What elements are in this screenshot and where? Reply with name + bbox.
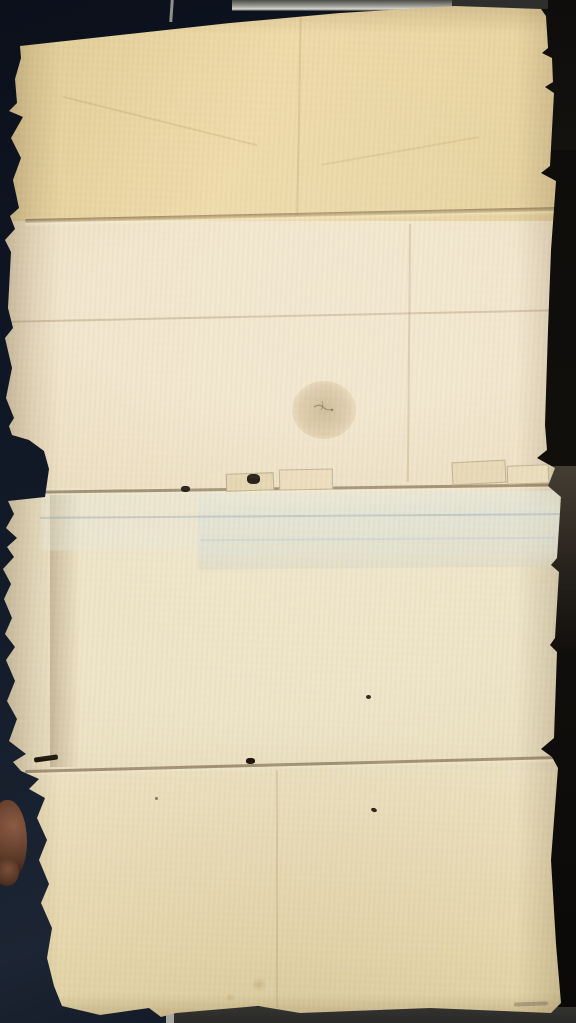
diagonal-wrinkle-1 — [63, 96, 258, 146]
vertical-crease-upper-middle — [407, 224, 411, 482]
brown-stain — [292, 381, 356, 439]
tear-gash — [34, 754, 58, 762]
vertical-crease-bottom-panel — [276, 770, 278, 1008]
background-grey-line — [169, 0, 174, 22]
paper-document — [0, 0, 576, 1023]
vertical-crease-top-panel — [296, 18, 301, 216]
photo-stage — [0, 0, 576, 1023]
fold-crease-1 — [25, 207, 560, 223]
fold-crease-faint — [5, 309, 565, 323]
faint-stain-spot — [224, 993, 236, 1002]
tear-hole — [247, 474, 260, 484]
faint-stain-spot — [250, 978, 268, 991]
ruled-blue-line — [40, 513, 560, 519]
tear-hole — [246, 758, 255, 764]
wooden-knob-lower — [0, 858, 19, 886]
tear-hole — [181, 486, 190, 492]
diagonal-wrinkle-2 — [321, 136, 479, 166]
dark-speck — [155, 797, 158, 800]
paper-panel-bottom — [0, 770, 576, 1023]
fold-crease-3 — [25, 756, 560, 773]
torn-tab — [226, 472, 275, 492]
lighting-overlay — [0, 0, 576, 1023]
stain-flecks — [292, 381, 356, 439]
paper-panel-lower-middle — [0, 488, 576, 770]
paper-panel-upper-middle — [0, 221, 576, 488]
dark-speck — [370, 807, 377, 813]
dark-speck — [366, 695, 371, 699]
fold-crease-2 — [40, 483, 560, 493]
crease-shadow-band-left — [50, 495, 80, 767]
torn-tab — [451, 460, 506, 486]
ruled-blue-line-lower — [200, 537, 556, 541]
repair-tape-strip-left — [42, 493, 200, 550]
torn-tab — [279, 469, 333, 491]
repair-tape-strip — [198, 490, 561, 569]
paper-panel-top — [0, 0, 576, 221]
pencil-smudge — [514, 1001, 548, 1006]
torn-tab — [507, 464, 550, 484]
